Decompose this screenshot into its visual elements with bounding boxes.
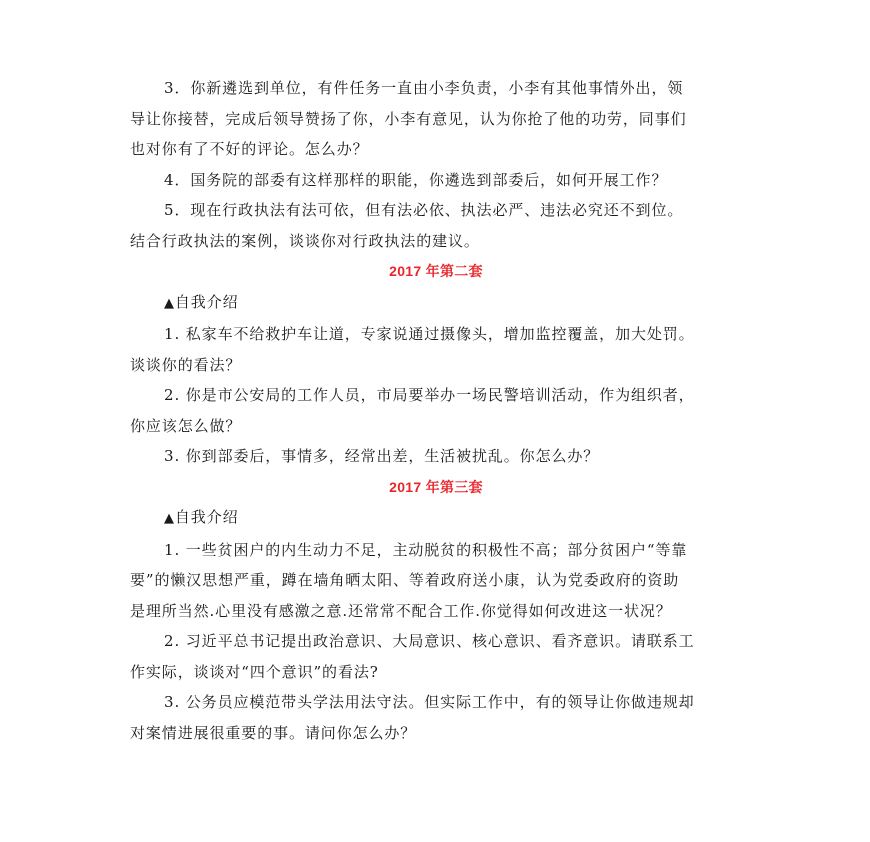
triangle-icon: ▲ bbox=[164, 296, 175, 311]
question-line: 作实际，谈谈对“四个意识”的看法? bbox=[130, 657, 742, 688]
section-previous-set: 3．你新遴选到单位，有件任务一直由小李负责，小李有其他事情外出，领 导让你接替，… bbox=[130, 73, 742, 256]
question-2: 2. 你是市公安局的工作人员，市局要举办一场民警培训活动，作为组织者， 你应该怎… bbox=[130, 380, 742, 441]
section-heading: 2017 年第三套 bbox=[130, 472, 742, 503]
document-page: 3．你新遴选到单位，有件任务一直由小李负责，小李有其他事情外出，领 导让你接替，… bbox=[130, 73, 742, 748]
question-line: 结合行政执法的案例，谈谈你对行政执法的建议。 bbox=[130, 226, 742, 257]
triangle-icon: ▲ bbox=[164, 511, 175, 526]
question-4: 4．国务院的部委有这样那样的职能，你遴选到部委后，如何开展工作？ bbox=[130, 165, 742, 196]
question-2: 2. 习近平总书记提出政治意识、大局意识、核心意识、看齐意识。请联系工 作实际，… bbox=[130, 626, 742, 687]
question-line: 谈谈你的看法？ bbox=[130, 350, 742, 381]
question-line: 导让你接替，完成后领导赞扬了你，小李有意见，认为你抢了他的功劳，同事们 bbox=[130, 104, 742, 135]
question-line: 2. 你是市公安局的工作人员，市局要举办一场民警培训活动，作为组织者， bbox=[130, 380, 742, 411]
self-intro-label: 自我介绍 bbox=[175, 508, 239, 526]
question-line: 对案情进展很重要的事。请问你怎么办？ bbox=[130, 718, 742, 749]
question-line: 是理所当然.心里没有感激之意.还常常不配合工作.你觉得如何改进这一状况？ bbox=[130, 596, 742, 627]
question-line: 1. 一些贫困户的内生动力不足，主动脱贫的积极性不高；部分贫困户“等靠 bbox=[130, 535, 742, 566]
question-1: 1. 一些贫困户的内生动力不足，主动脱贫的积极性不高；部分贫困户“等靠 要”的懒… bbox=[130, 535, 742, 627]
question-3: 3. 公务员应模范带头学法用法守法。但实际工作中，有的领导让你做违规却 对案情进… bbox=[130, 687, 742, 748]
question-line: 2. 习近平总书记提出政治意识、大局意识、核心意识、看齐意识。请联系工 bbox=[130, 626, 742, 657]
question-3: 3. 你到部委后，事情多，经常出差，生活被扰乱。你怎么办？ bbox=[130, 441, 742, 472]
question-line: 1. 私家车不给救护车让道，专家说通过摄像头，增加监控覆盖，加大处罚。 bbox=[130, 319, 742, 350]
question-3: 3．你新遴选到单位，有件任务一直由小李负责，小李有其他事情外出，领 导让你接替，… bbox=[130, 73, 742, 165]
question-line: 5．现在行政执法有法可依，但有法必依、执法必严、违法必究还不到位。 bbox=[130, 195, 742, 226]
self-intro-item: ▲自我介绍 bbox=[130, 502, 742, 535]
question-line: 要”的懒汉思想严重，蹲在墙角晒太阳、等着政府送小康，认为党委政府的资助 bbox=[130, 565, 742, 596]
question-line: 3. 公务员应模范带头学法用法守法。但实际工作中，有的领导让你做违规却 bbox=[130, 687, 742, 718]
question-1: 1. 私家车不给救护车让道，专家说通过摄像头，增加监控覆盖，加大处罚。 谈谈你的… bbox=[130, 319, 742, 380]
question-line: 你应该怎么做？ bbox=[130, 411, 742, 442]
section-2017-set-3: 2017 年第三套 ▲自我介绍 1. 一些贫困户的内生动力不足，主动脱贫的积极性… bbox=[130, 472, 742, 749]
question-5: 5．现在行政执法有法可依，但有法必依、执法必严、违法必究还不到位。 结合行政执法… bbox=[130, 195, 742, 256]
question-line: 3. 你到部委后，事情多，经常出差，生活被扰乱。你怎么办？ bbox=[130, 441, 742, 472]
section-2017-set-2: 2017 年第二套 ▲自我介绍 1. 私家车不给救护车让道，专家说通过摄像头，增… bbox=[130, 256, 742, 472]
question-line: 3．你新遴选到单位，有件任务一直由小李负责，小李有其他事情外出，领 bbox=[130, 73, 742, 104]
section-heading: 2017 年第二套 bbox=[130, 256, 742, 287]
self-intro-item: ▲自我介绍 bbox=[130, 287, 742, 320]
question-line: 也对你有了不好的评论。怎么办？ bbox=[130, 134, 742, 165]
question-line: 4．国务院的部委有这样那样的职能，你遴选到部委后，如何开展工作？ bbox=[130, 165, 742, 196]
self-intro-label: 自我介绍 bbox=[175, 293, 239, 311]
